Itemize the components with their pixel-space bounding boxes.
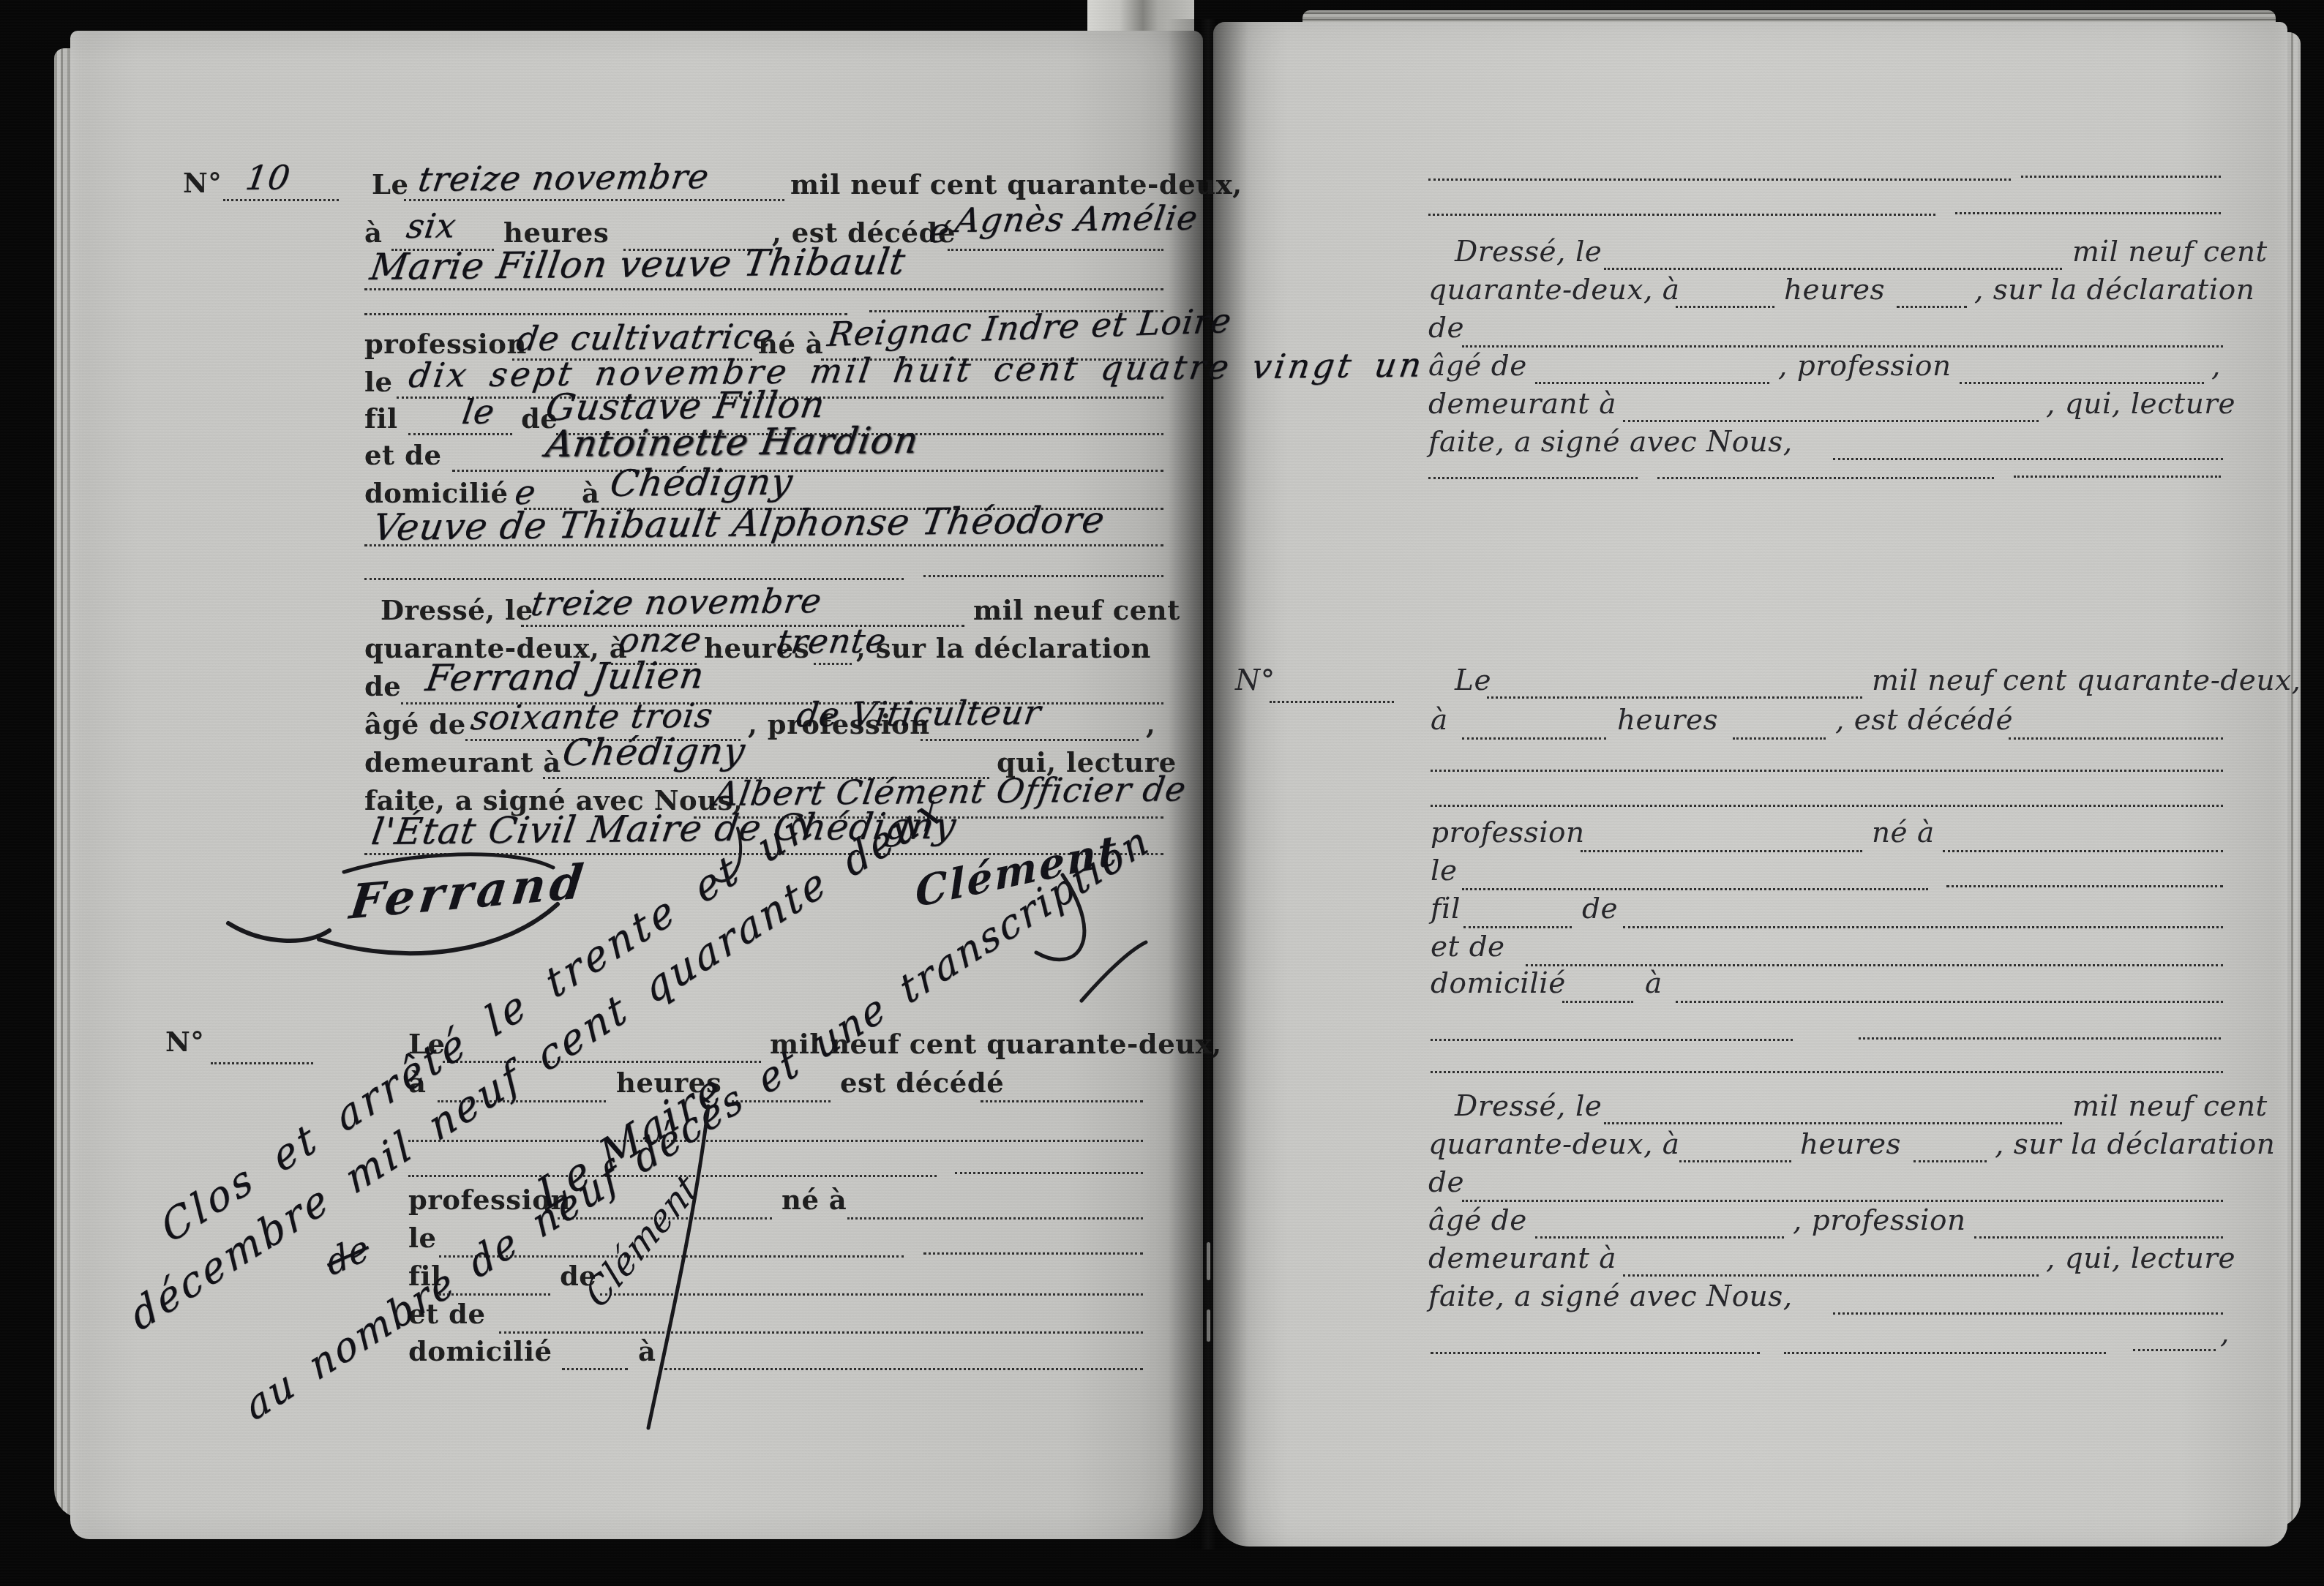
- dotted-rule: [211, 1062, 313, 1064]
- dotted-rule: [1428, 214, 1935, 216]
- r-heures2-label: heures: [1617, 704, 1718, 737]
- declarant-profession-entry: de Viticulteur: [794, 693, 1044, 734]
- demeurant-label: demeurant à: [364, 746, 561, 778]
- dresse-label: Dressé, le: [381, 594, 533, 626]
- dotted-rule: [1535, 1236, 1784, 1239]
- blank-a2-label: à: [638, 1335, 656, 1367]
- dotted-rule: [1431, 805, 2223, 807]
- dotted-rule: [1562, 1001, 1633, 1003]
- scanned-register-spread: { "form": { "no": "N°", "le_cap": "Le", …: [0, 0, 2324, 1586]
- r-ne-a-label: né à: [1872, 816, 1935, 849]
- r-year-label: mil neuf cent quarante-deux,: [1872, 664, 2301, 697]
- blank-le2-label: le: [408, 1222, 437, 1254]
- r2-dresse-label: Dressé, le: [1455, 1090, 1602, 1123]
- dotted-rule: [1604, 1122, 2062, 1124]
- dotted-rule: [1270, 701, 1394, 703]
- death-date-entry: treize novembre: [416, 157, 712, 199]
- r-mil-neuf-cent-label: mil neuf cent: [2072, 236, 2268, 268]
- blank-est-decede-label: est décédé: [840, 1067, 1004, 1099]
- dotted-rule: [981, 1100, 1143, 1102]
- dotted-rule: [223, 199, 339, 201]
- r2-quarante-deux-label: quarante-deux, à: [1428, 1128, 1679, 1161]
- r2-faite-label: faite, a signé avec Nous,: [1428, 1280, 1793, 1313]
- dotted-rule: [948, 249, 1163, 251]
- le-birth-label: le: [364, 366, 393, 398]
- a-label: à: [364, 217, 382, 249]
- dotted-rule: [1833, 1312, 2223, 1315]
- dotted-rule: [1784, 1352, 2106, 1354]
- widow-note-entry: Veuve de Thibault Alphonse Théodore: [370, 499, 1108, 549]
- record-number-label: N°: [183, 167, 222, 199]
- r-le-label: Le: [1455, 664, 1491, 697]
- r2-end-comma-label: ,: [2220, 1317, 2230, 1350]
- r2-mil-neuf-cent-label: mil neuf cent: [2072, 1090, 2268, 1123]
- dotted-rule: [2021, 176, 2221, 178]
- dotted-rule: [1462, 345, 2223, 347]
- dotted-rule: [408, 1140, 1143, 1142]
- r-sur-declaration-label: , sur la déclaration: [1974, 274, 2254, 307]
- dotted-rule: [1462, 1200, 2223, 1202]
- r-dresse-label: Dressé, le: [1455, 236, 1602, 268]
- dotted-rule: [1604, 268, 2062, 270]
- dotted-rule: [364, 313, 847, 315]
- record-number-value: 10: [243, 157, 293, 198]
- dotted-rule: [408, 433, 512, 435]
- dotted-rule: [1623, 926, 2223, 928]
- dotted-rule: [1462, 737, 1606, 740]
- dotted-rule: [1913, 1160, 1987, 1162]
- r-age-de-label: âgé de: [1428, 350, 1527, 383]
- dotted-rule: [364, 578, 904, 580]
- r-demeurant-label: demeurant à: [1428, 388, 1616, 421]
- deceased-name2-entry: Marie Fillon veuve Thibault: [367, 240, 908, 288]
- r-heures-label: heures: [1784, 274, 1885, 307]
- r-comma-label: ,: [2211, 350, 2221, 383]
- dotted-rule: [600, 1293, 1143, 1296]
- comma-label: ,: [1146, 708, 1155, 740]
- dotted-rule: [404, 199, 784, 201]
- blank-record-number-label: N°: [165, 1026, 204, 1058]
- r-domicilie-label: domicilié: [1431, 967, 1566, 1000]
- dotted-rule: [1657, 477, 1994, 479]
- blank-ne-a-label: né à: [781, 1184, 847, 1216]
- mother-entry: Antoinette Hardion: [543, 419, 921, 465]
- r-qui-lecture-label: , qui, lecture: [2046, 388, 2235, 421]
- r-profession-label: , profession: [1778, 350, 1952, 383]
- declarant-residence-entry: Chédigny: [560, 729, 748, 774]
- dotted-rule: [364, 288, 1163, 290]
- r2-sur-declaration-label: , sur la déclaration: [1995, 1128, 2275, 1161]
- fille-suffix-entry: le: [460, 392, 498, 432]
- r-a2-label: à: [1645, 967, 1663, 1000]
- r-de-label: de: [1428, 312, 1464, 345]
- mil-neuf-cent-label: mil neuf cent: [973, 594, 1180, 626]
- dotted-rule: [1431, 1071, 2223, 1073]
- dotted-rule: [1943, 850, 2223, 852]
- death-hour-entry: six: [404, 206, 459, 246]
- dotted-rule: [2133, 1349, 2216, 1351]
- de-declarant-label: de: [364, 670, 401, 702]
- dotted-rule: [1526, 964, 2223, 966]
- dotted-rule: [923, 1252, 1143, 1255]
- dotted-rule: [664, 1368, 1143, 1370]
- dotted-rule: [452, 470, 1163, 472]
- binding-stitch: [1207, 1309, 1210, 1342]
- dotted-rule: [847, 1217, 1143, 1219]
- dotted-rule: [499, 1331, 1143, 1334]
- r-record-number-label: N°: [1235, 664, 1275, 697]
- r2-demeurant-label: demeurant à: [1428, 1242, 1616, 1275]
- dotted-rule: [1431, 1039, 1793, 1041]
- dotted-rule: [923, 575, 1163, 577]
- r2-age-de-label: âgé de: [1428, 1204, 1527, 1237]
- r-et-de-label: et de: [1431, 931, 1505, 963]
- dotted-rule: [1428, 178, 2011, 181]
- sur-declaration-label: , sur la déclaration: [856, 632, 1151, 664]
- dotted-rule: [1859, 1037, 2221, 1040]
- dotted-rule: [1487, 696, 1862, 699]
- dotted-rule: [1462, 888, 1928, 890]
- dotted-rule: [1676, 1001, 2223, 1003]
- dotted-rule: [1733, 737, 1826, 740]
- declarant-entry: Ferrand Julien: [423, 654, 707, 699]
- dotted-rule: [2014, 476, 2221, 478]
- dotted-rule: [1955, 212, 2221, 214]
- le-label: Le: [372, 168, 409, 200]
- r2-heures-label: heures: [1800, 1128, 1901, 1161]
- dotted-rule: [521, 625, 964, 627]
- binding-stitch: [1207, 1242, 1210, 1280]
- dotted-rule: [1623, 420, 2039, 422]
- dotted-rule: [955, 1172, 1143, 1174]
- r2-de-label: de: [1428, 1166, 1464, 1199]
- et-de-label: et de: [364, 439, 441, 471]
- r-fil-label: fil: [1431, 892, 1461, 925]
- dotted-rule: [1431, 1352, 1760, 1354]
- blank-domicilie-label: domicilié: [408, 1335, 552, 1367]
- dotted-rule: [1960, 382, 2204, 384]
- dotted-rule: [921, 739, 1139, 741]
- dotted-rule: [1676, 306, 1774, 308]
- domicile-entry: Chédigny: [607, 460, 795, 505]
- dotted-rule: [1581, 850, 1862, 852]
- domicilie-label: domicilié: [364, 477, 509, 509]
- dotted-rule: [1463, 926, 1572, 928]
- r-quarante-deux-label: quarante-deux, à: [1428, 274, 1679, 307]
- age-de-label: âgé de: [364, 708, 466, 740]
- dotted-rule: [1946, 885, 2223, 887]
- r-profession2-label: profession: [1431, 816, 1585, 849]
- dotted-rule: [1974, 1236, 2223, 1239]
- dotted-rule: [1431, 770, 2223, 772]
- r2-profession-label: , profession: [1793, 1204, 1966, 1237]
- year-label: mil neuf cent quarante-deux,: [790, 168, 1242, 200]
- r-le2-label: le: [1431, 854, 1458, 887]
- dotted-rule: [562, 1368, 628, 1370]
- dotted-rule: [1833, 458, 2223, 460]
- dotted-rule: [1535, 382, 1769, 384]
- dotted-rule: [1623, 1274, 2039, 1277]
- r-faite-label: faite, a signé avec Nous,: [1428, 426, 1793, 459]
- dotted-rule: [2009, 737, 2223, 740]
- dotted-rule: [1679, 1160, 1791, 1162]
- r-a-label: à: [1431, 704, 1448, 737]
- r2-qui-lecture-label: , qui, lecture: [2046, 1242, 2235, 1275]
- dotted-rule: [1428, 477, 1638, 479]
- r-est-decede-label: , est décédé: [1835, 704, 2013, 737]
- dotted-rule: [814, 663, 852, 665]
- dotted-rule: [1897, 306, 1967, 308]
- fil-label: fil: [364, 402, 398, 435]
- deceased-name-entry: Agnès Amélie: [953, 198, 1201, 240]
- r-de2-label: de: [1582, 892, 1618, 925]
- act-date-entry: treize novembre: [528, 581, 825, 623]
